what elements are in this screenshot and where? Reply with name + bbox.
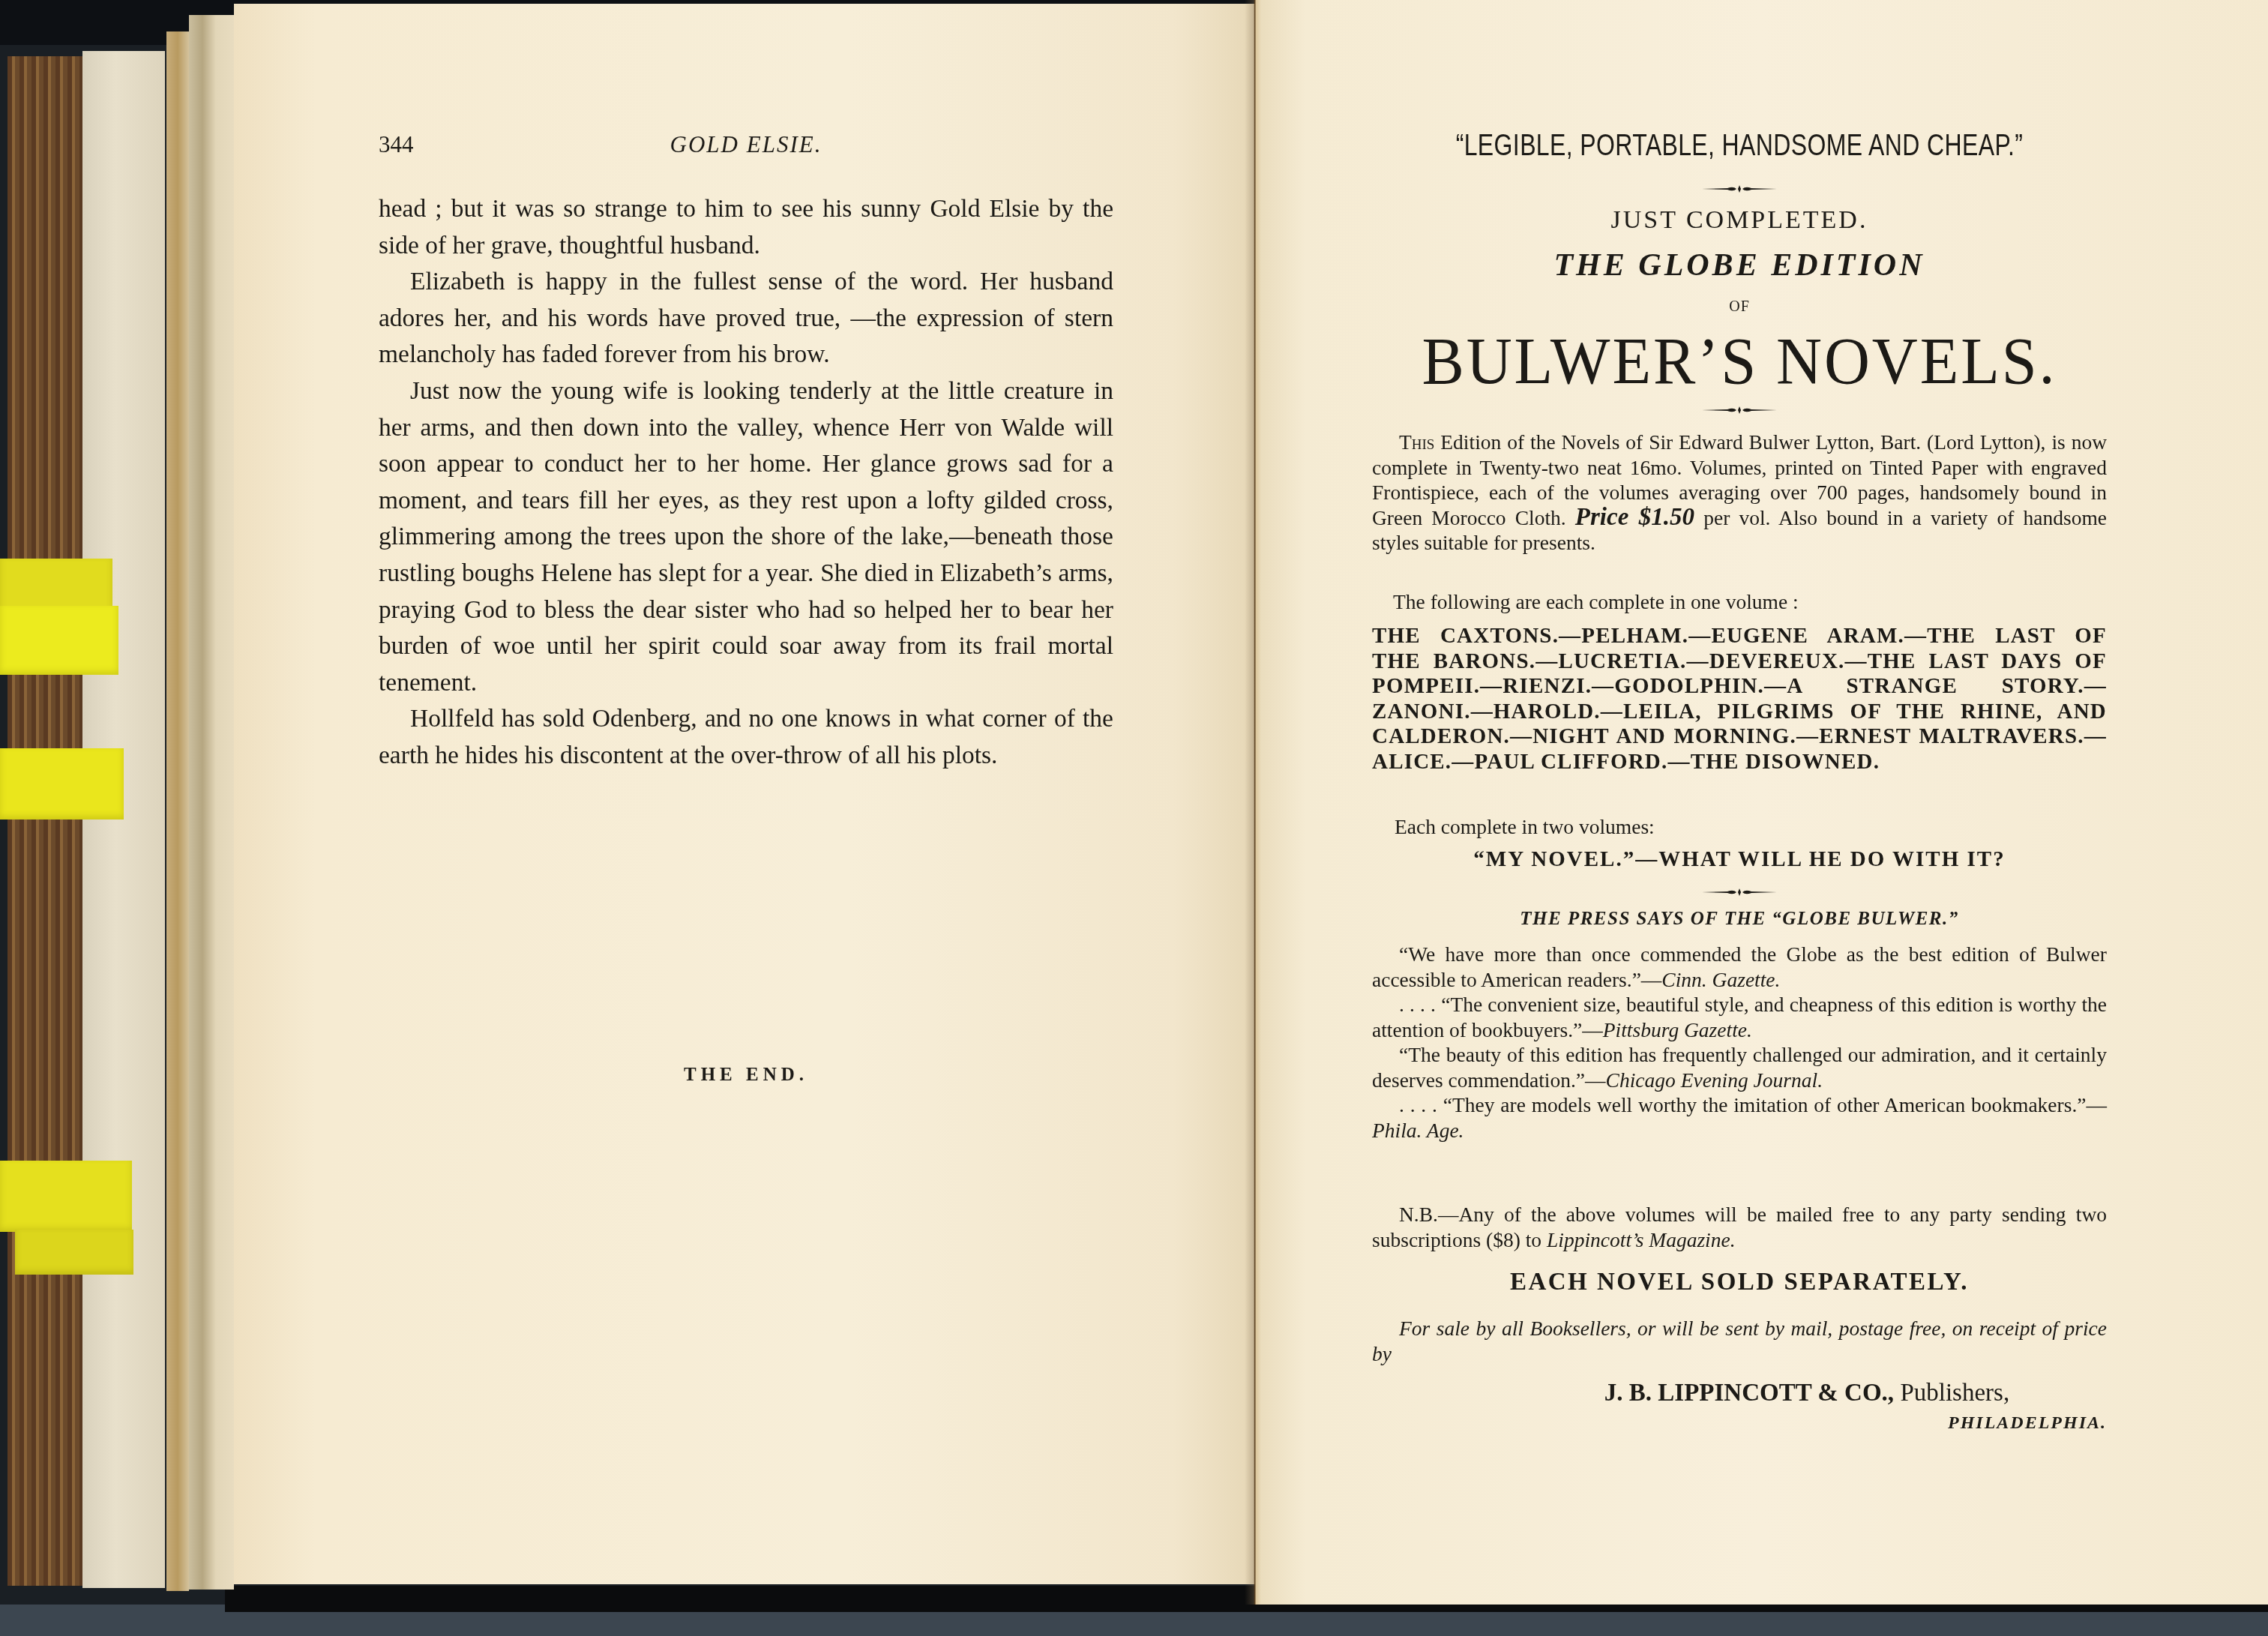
- two-volume-titles: “MY NOVEL.”—WHAT WILL HE DO WITH IT?: [1372, 847, 2107, 872]
- main-title: BULWER’S NOVELS.: [1387, 324, 2093, 400]
- sticky-flag: [0, 1161, 132, 1232]
- description-lead: This: [1399, 430, 1434, 454]
- running-title: GOLD ELSIE.: [379, 131, 1113, 158]
- review-quote: “They are models well worthy the imitati…: [1443, 1093, 2107, 1116]
- press-reviews: “We have more than once commended the Gl…: [1372, 942, 2107, 1143]
- publisher-name: J. B. LIPPINCOTT & CO.,: [1604, 1380, 1894, 1407]
- paragraph: Just now the young wife is looking tende…: [379, 373, 1113, 701]
- page-fore-edge: [7, 56, 82, 1586]
- review-source: Pittsburg Gazette.: [1603, 1018, 1752, 1041]
- review-source: Chicago Evening Journal.: [1606, 1068, 1823, 1092]
- paragraph: Elizabeth is happy in the fullest sense …: [379, 264, 1113, 373]
- for-sale-note: For sale by all Booksellers, or will be …: [1372, 1316, 2107, 1366]
- review: . . . . “The convenient size, beautiful …: [1372, 992, 2107, 1042]
- left-page-body: head ; but it was so strange to him to s…: [379, 191, 1113, 775]
- press-heading: THE PRESS SAYS OF THE “GLOBE BULWER.”: [1372, 909, 2107, 930]
- sticky-flag: [15, 1230, 133, 1275]
- ad-slogan: “LEGIBLE, PORTABLE, HANDSOME AND CHEAP.”: [1453, 127, 2026, 163]
- one-volume-label: The following are each complete in one v…: [1393, 589, 2128, 615]
- edition-description: This Edition of the Novels of Sir Edward…: [1372, 430, 2107, 556]
- of-label: OF: [1372, 298, 2107, 316]
- price: Price $1.50: [1575, 504, 1694, 531]
- sticky-flag: [0, 606, 118, 675]
- paragraph: Hollfeld has sold Odenberg, and no one k…: [379, 701, 1113, 774]
- review: “The beauty of this edition has frequent…: [1372, 1042, 2107, 1092]
- for-sale-text: For sale by all Booksellers, or will be …: [1372, 1316, 2107, 1366]
- review-prefix: . . . .: [1399, 1093, 1443, 1116]
- one-volume-titles: THE CAXTONS.—PELHAM.—EUGENE ARAM.—THE LA…: [1372, 624, 2107, 775]
- sticky-flag: [0, 748, 124, 819]
- the-end-marker: THE END.: [379, 1065, 1113, 1086]
- page-stack-edge: [82, 51, 165, 1588]
- just-completed-label: JUST COMPLETED.: [1372, 206, 2107, 235]
- edition-title: THE GLOBE EDITION: [1372, 247, 2107, 283]
- review: . . . . “They are models well worthy the…: [1372, 1092, 2107, 1143]
- running-head: 344 GOLD ELSIE.: [379, 131, 1113, 161]
- ornament-divider-icon: [1702, 184, 1777, 194]
- review-source: Cinn. Gazette.: [1661, 968, 1780, 991]
- publisher-city: PHILADELPHIA.: [1372, 1413, 2107, 1434]
- two-volume-label: Each complete in two volumes:: [1395, 814, 2129, 840]
- magazine-name: Lippincott’s Magazine.: [1547, 1228, 1736, 1251]
- paragraph: head ; but it was so strange to him to s…: [379, 191, 1113, 264]
- review-prefix: . . . .: [1399, 993, 1441, 1016]
- page-stack-stain: [166, 31, 189, 1591]
- nb-text: N.B.—Any of the above volumes will be ma…: [1372, 1203, 2107, 1251]
- publisher: J. B. LIPPINCOTT & CO., Publishers,: [1522, 1380, 2092, 1407]
- ornament-divider-icon: [1702, 405, 1777, 415]
- review-source: Phila. Age.: [1372, 1119, 1464, 1142]
- page-stack-inner: [189, 15, 234, 1590]
- ornament-divider-icon: [1702, 887, 1777, 897]
- each-sold-separately: EACH NOVEL SOLD SEPARATELY.: [1372, 1269, 2107, 1296]
- review: “We have more than once commended the Gl…: [1372, 942, 2107, 992]
- publisher-word: Publishers,: [1894, 1380, 2009, 1407]
- book-gutter: [1245, 0, 1261, 1605]
- nb-note: N.B.—Any of the above volumes will be ma…: [1372, 1202, 2107, 1252]
